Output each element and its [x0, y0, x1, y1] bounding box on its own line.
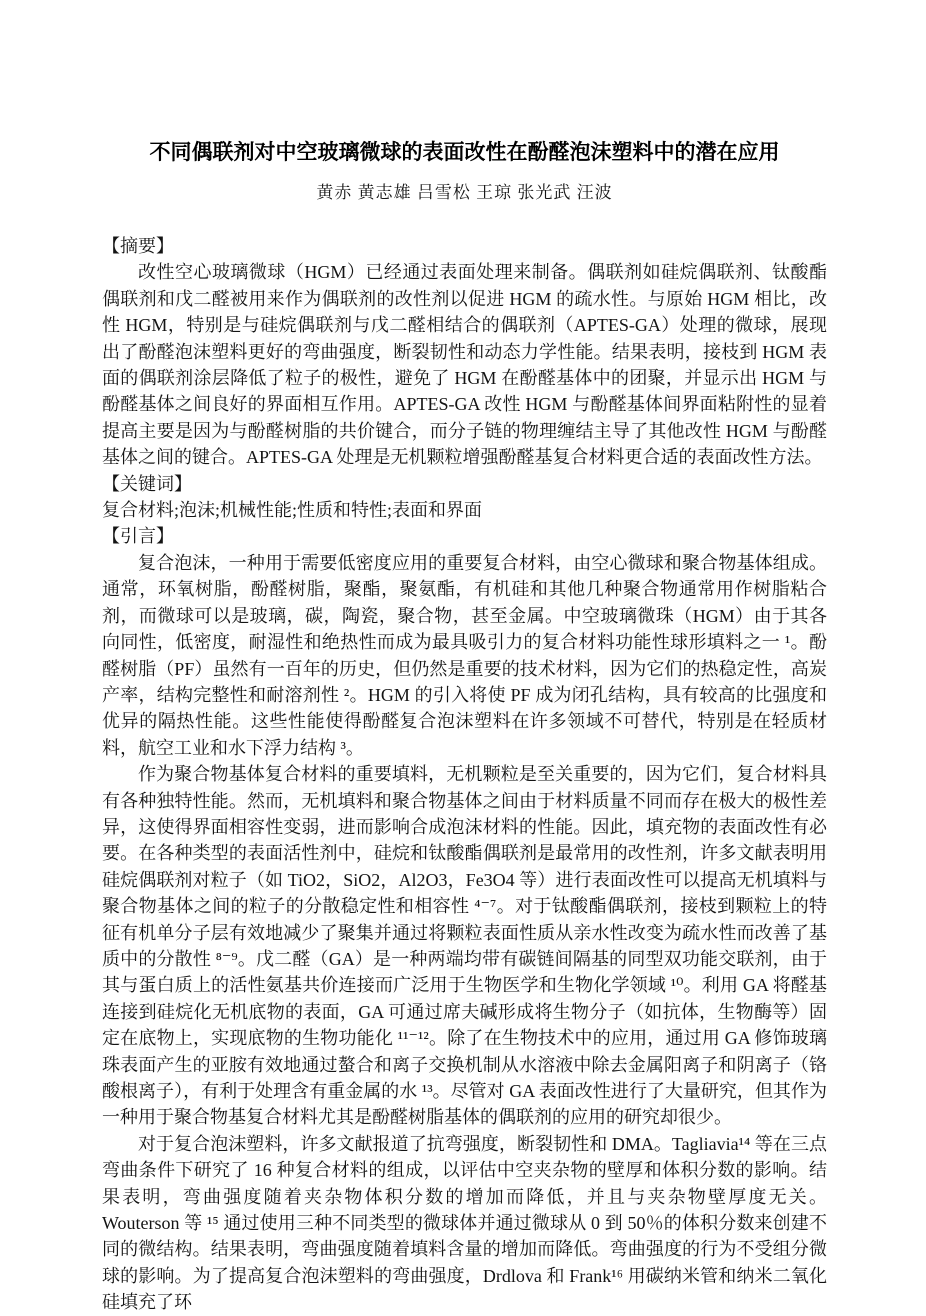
abstract-paragraph: 改性空心玻璃微球（HGM）已经通过表面处理来制备。偶联剂如硅烷偶联剂、钛酸酯偶联… [102, 259, 827, 470]
paper-title: 不同偶联剂对中空玻璃微球的表面改性在酚醛泡沫塑料中的潜在应用 [102, 138, 827, 167]
document-page: 不同偶联剂对中空玻璃微球的表面改性在酚醛泡沫塑料中的潜在应用 黄赤 黄志雄 吕雪… [0, 0, 926, 1309]
section-heading-abstract: 【摘要】 [102, 233, 827, 259]
introduction-paragraph-2: 作为聚合物基体复合材料的重要填料，无机颗粒是至关重要的，因为它们，复合材料具有各… [102, 761, 827, 1131]
section-heading-introduction: 【引言】 [102, 523, 827, 549]
section-heading-keywords: 【关键词】 [102, 471, 827, 497]
paper-authors: 黄赤 黄志雄 吕雪松 王琼 张光武 汪波 [102, 181, 827, 205]
keywords-text: 复合材料;泡沫;机械性能;性质和特性;表面和界面 [102, 497, 827, 523]
introduction-paragraph-3: 对于复合泡沫塑料，许多文献报道了抗弯强度，断裂韧性和 DMA。Tagliavia… [102, 1131, 827, 1316]
introduction-paragraph-1: 复合泡沫，一种用于需要低密度应用的重要复合材料，由空心微球和聚合物基体组成。通常… [102, 550, 827, 761]
